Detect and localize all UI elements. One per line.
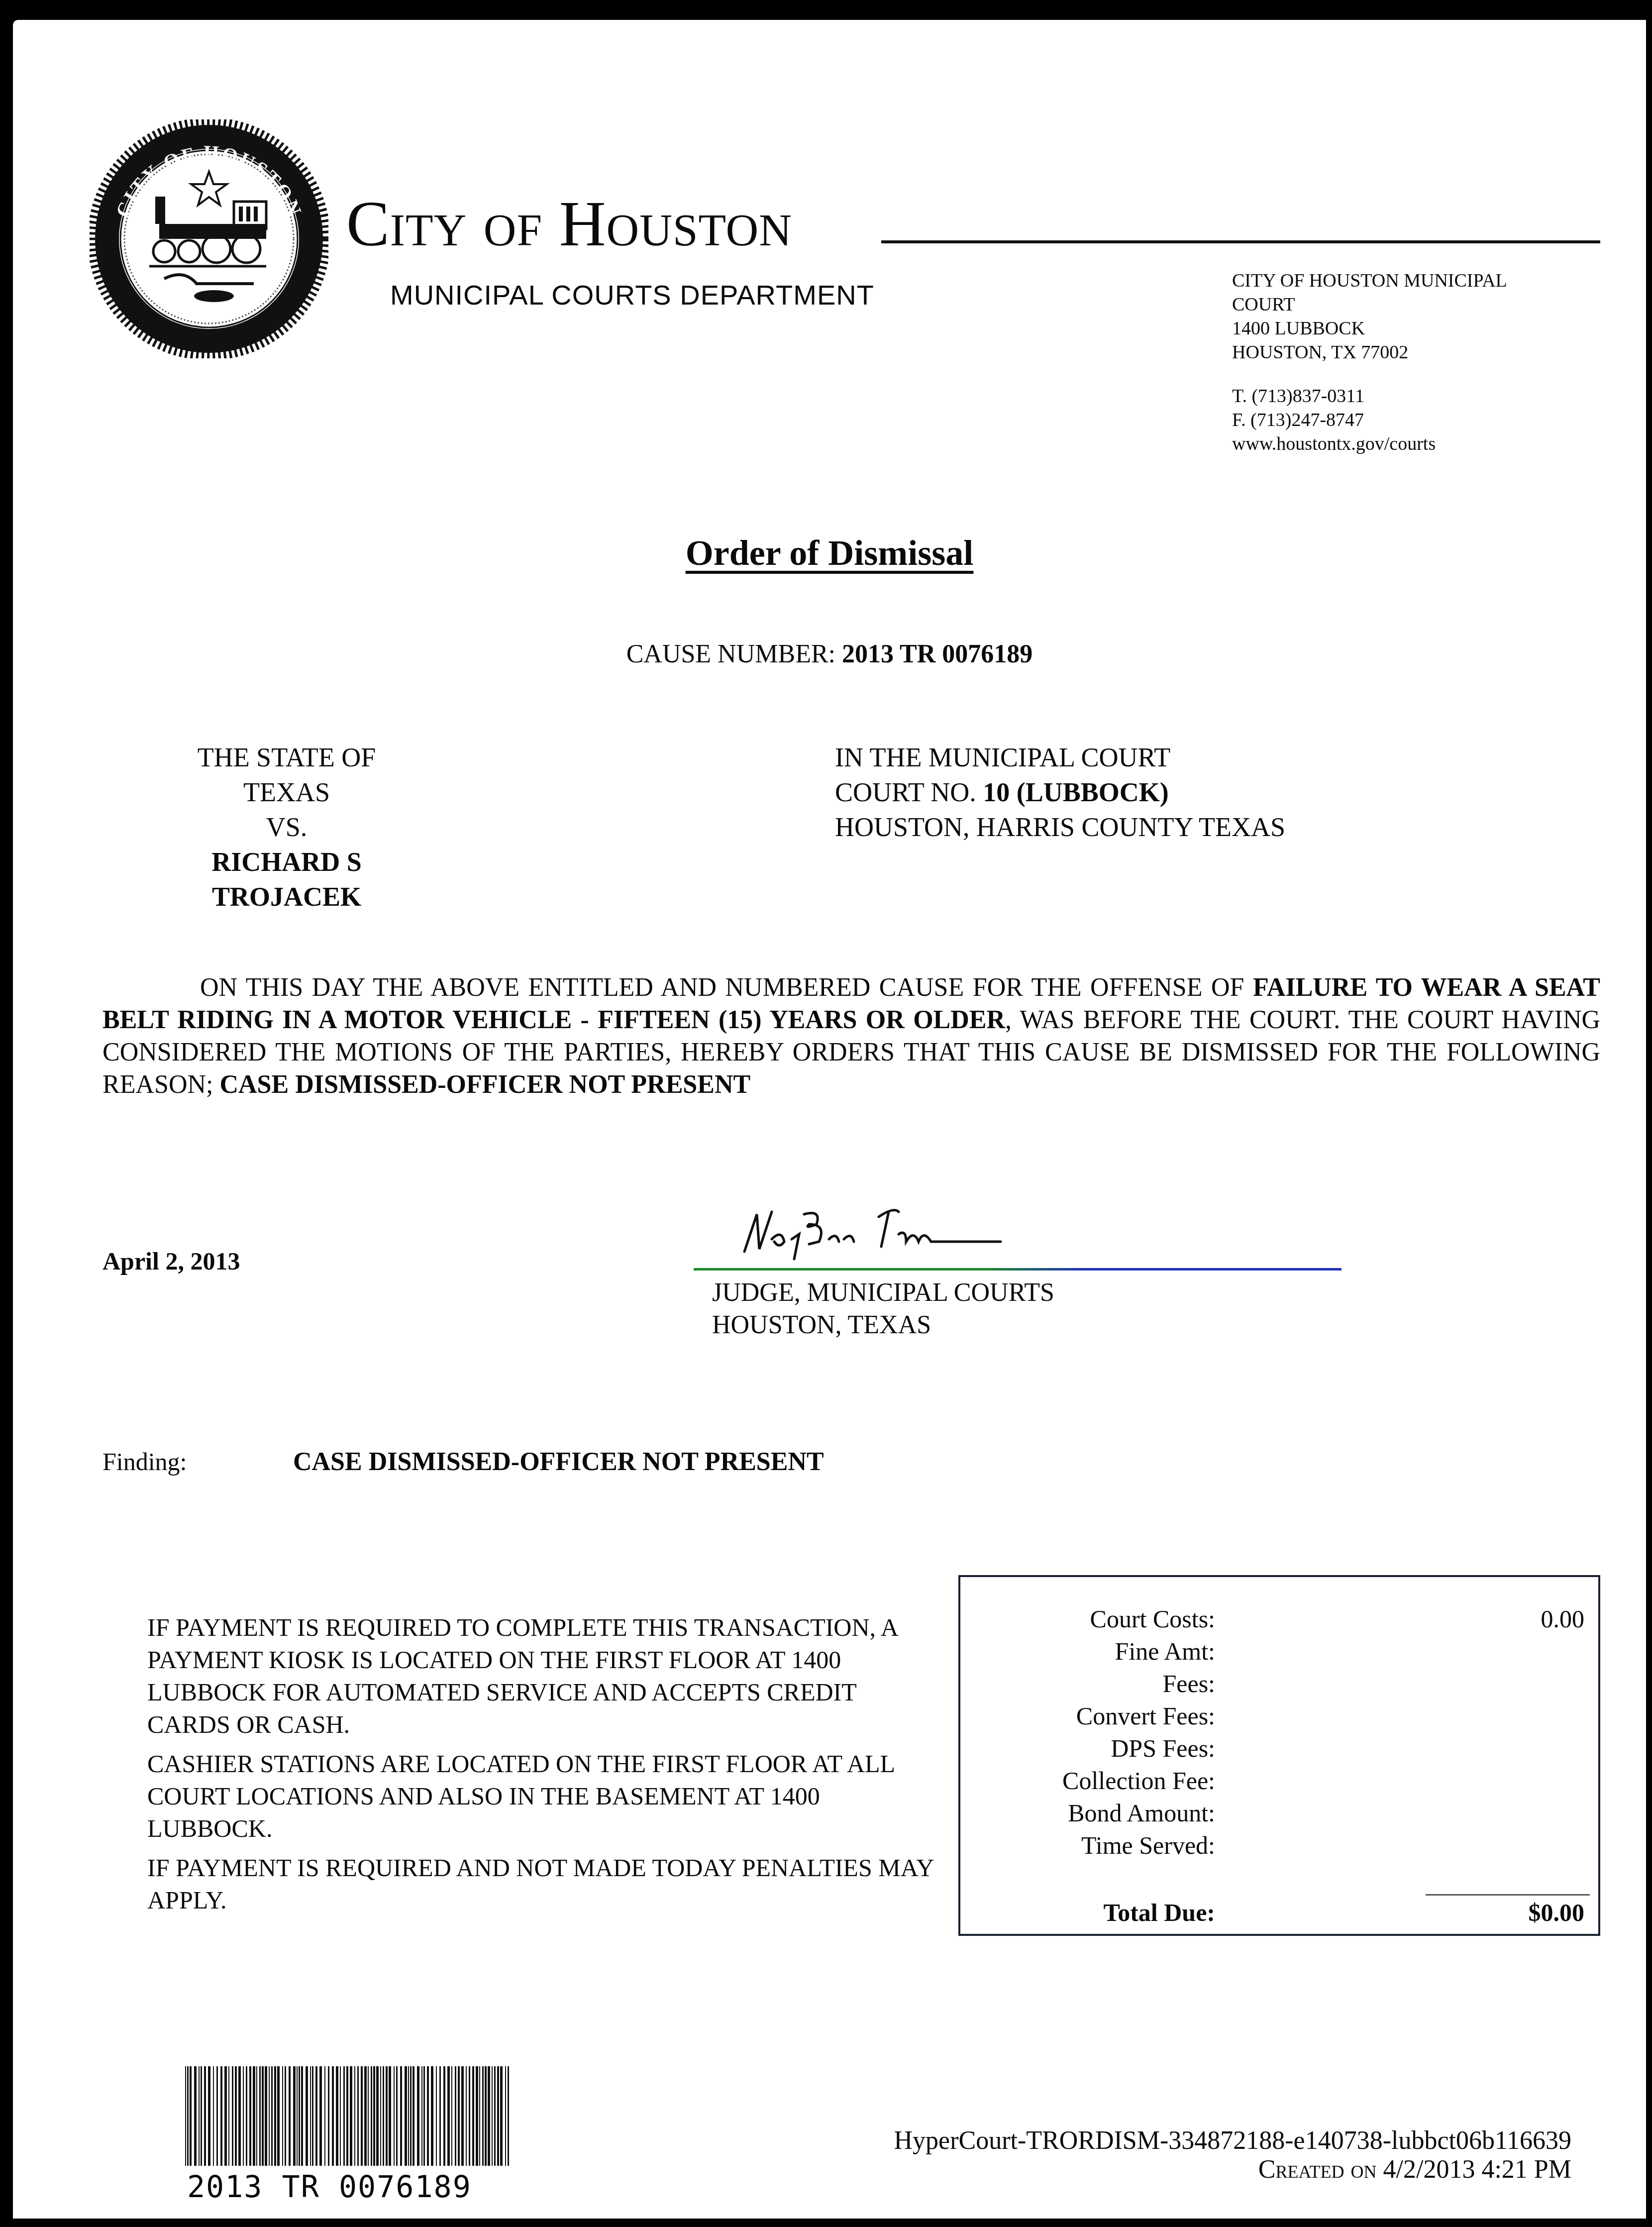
fee-row: Convert Fees: bbox=[960, 1701, 1598, 1734]
versus: VS. bbox=[162, 810, 411, 845]
barcode-text: 2013 TR 0076189 bbox=[187, 2170, 472, 2205]
payment-info: IF PAYMENT IS REQUIRED TO COMPLETE THIS … bbox=[147, 1611, 943, 1923]
defendant: RICHARD S TROJACEK bbox=[162, 845, 411, 914]
court-number: COURT NO. 10 (LUBBOCK) bbox=[835, 775, 1285, 810]
fee-row: Time Served: bbox=[960, 1831, 1598, 1863]
header-rule bbox=[881, 240, 1600, 243]
judge-title: JUDGE, MUNICIPAL COURTS bbox=[712, 1276, 1054, 1309]
document-title: Order of Dismissal bbox=[13, 532, 1646, 574]
finding-label: Finding: bbox=[103, 1447, 187, 1476]
finding-value: CASE DISMISSED-OFFICER NOT PRESENT bbox=[293, 1447, 824, 1477]
department-name: MUNICIPAL COURTS DEPARTMENT bbox=[390, 279, 874, 311]
fee-row: Fine Amt: bbox=[960, 1637, 1598, 1669]
order-body: ON THIS DAY THE ABOVE ENTITLED AND NUMBE… bbox=[103, 971, 1600, 1101]
fees-summary: Court Costs:0.00 Fine Amt: Fees: Convert… bbox=[958, 1575, 1600, 1936]
payment-note: IF PAYMENT IS REQUIRED TO COMPLETE THIS … bbox=[147, 1611, 943, 1741]
address-line: COURT bbox=[1232, 293, 1507, 317]
payment-note: CASHIER STATIONS ARE LOCATED ON THE FIRS… bbox=[147, 1748, 943, 1845]
address-line: HOUSTON, TX 77002 bbox=[1232, 340, 1507, 364]
barcode-icon bbox=[185, 2066, 514, 2166]
court-line: IN THE MUNICIPAL COURT bbox=[835, 740, 1285, 775]
fee-row: Fees: bbox=[960, 1669, 1598, 1701]
judge-location: HOUSTON, TEXAS bbox=[712, 1309, 1054, 1341]
document-id: HyperCourt-TRORDISM-334872188-e140738-lu… bbox=[894, 2126, 1572, 2155]
org-name: City of Houston bbox=[346, 192, 792, 256]
address-line: 1400 LUBBOCK bbox=[1232, 317, 1507, 340]
plaintiff: THE STATE OF TEXAS bbox=[162, 740, 411, 810]
signature-line bbox=[694, 1268, 1342, 1271]
case-parties: THE STATE OF TEXAS VS. RICHARD S TROJACE… bbox=[162, 740, 411, 914]
address-line: CITY OF HOUSTON MUNICIPAL bbox=[1232, 269, 1507, 293]
document-page: CITY OF HOUSTON TEXAS City of Houston MU… bbox=[13, 20, 1646, 2219]
created-timestamp: Created on 4/2/2013 4:21 PM bbox=[1258, 2155, 1571, 2184]
court-address: CITY OF HOUSTON MUNICIPAL COURT 1400 LUB… bbox=[1232, 269, 1507, 456]
payment-note: IF PAYMENT IS REQUIRED AND NOT MADE TODA… bbox=[147, 1852, 943, 1916]
total-due-row: Total Due:$0.00 bbox=[960, 1898, 1598, 1930]
fee-row: Bond Amount: bbox=[960, 1799, 1598, 1831]
order-date: April 2, 2013 bbox=[103, 1247, 240, 1275]
city-seal-icon: CITY OF HOUSTON TEXAS bbox=[90, 119, 328, 358]
dismissal-reason: CASE DISMISSED-OFFICER NOT PRESENT bbox=[219, 1070, 750, 1099]
total-rule bbox=[1426, 1894, 1590, 1896]
court-info: IN THE MUNICIPAL COURT COURT NO. 10 (LUB… bbox=[835, 740, 1285, 845]
signature-caption: JUDGE, MUNICIPAL COURTS HOUSTON, TEXAS bbox=[712, 1276, 1054, 1341]
website-link[interactable]: www.houstontx.gov/courts bbox=[1232, 432, 1507, 456]
fee-row: Collection Fee: bbox=[960, 1766, 1598, 1799]
cause-label: CAUSE NUMBER: bbox=[626, 640, 842, 668]
fee-row: Court Costs:0.00 bbox=[960, 1604, 1598, 1637]
fax-number: F. (713)247-8747 bbox=[1232, 408, 1507, 432]
cause-value: 2013 TR 0076189 bbox=[842, 640, 1032, 668]
fee-row: DPS Fees: bbox=[960, 1734, 1598, 1766]
phone-number: T. (713)837-0311 bbox=[1232, 384, 1507, 408]
judge-signature-icon bbox=[734, 1194, 1013, 1264]
cause-number: CAUSE NUMBER: 2013 TR 0076189 bbox=[13, 639, 1646, 669]
court-location: HOUSTON, HARRIS COUNTY TEXAS bbox=[835, 810, 1285, 845]
